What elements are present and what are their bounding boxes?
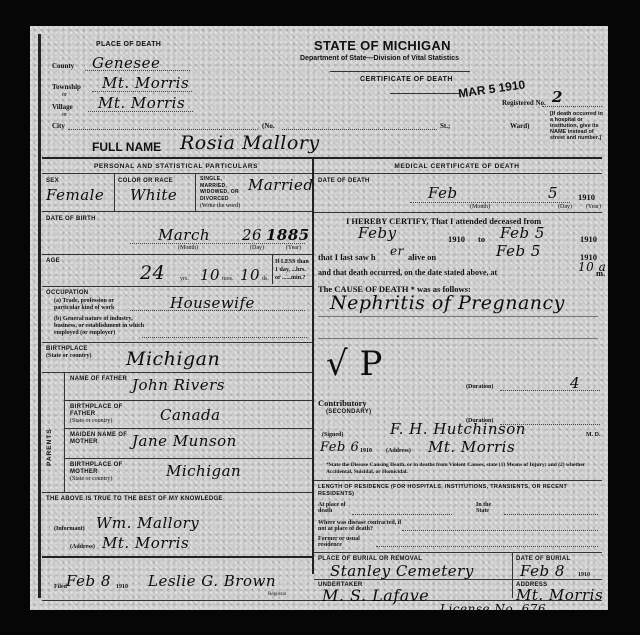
- marital-hint: (Write the word): [200, 203, 240, 209]
- birthplace-label: BIRTHPLACE: [46, 346, 88, 352]
- father-birthplace-value: Canada: [160, 406, 221, 424]
- occupation-a-label: (a) Trade, profession or particular kind…: [54, 298, 140, 312]
- signed-date: Feb 6: [320, 440, 359, 455]
- last-saw-date: Feb 5: [496, 242, 541, 260]
- marital-label: SINGLE, MARRIED, WIDOWED, OR DIVORCED: [200, 176, 246, 202]
- mother-name-value: Jane Munson: [132, 432, 237, 450]
- mother-birthplace-label: BIRTHPLACE OF MOTHER: [70, 462, 130, 476]
- city-label: City: [52, 122, 65, 130]
- date-of-death-label: DATE OF DEATH: [318, 178, 370, 184]
- race-label: COLOR OR RACE: [118, 178, 173, 184]
- burial-place: Stanley Cemetery: [330, 562, 474, 580]
- township-value: Mt. Morris: [102, 74, 189, 92]
- ward-label: Ward): [510, 122, 529, 130]
- full-name-label: FULL NAME: [92, 140, 161, 154]
- informant-address: Mt. Morris: [102, 534, 189, 552]
- place-of-death-label: PLACE OF DEATH: [96, 41, 161, 48]
- dob-label: DATE OF BIRTH: [46, 216, 96, 222]
- age-label: AGE: [46, 258, 60, 264]
- father-name-label: NAME OF FATHER: [70, 376, 130, 383]
- divider: [390, 93, 460, 94]
- dob-day: 26: [242, 226, 262, 244]
- parents-label: PARENTS: [46, 428, 53, 466]
- license-number: License No. 676: [440, 602, 546, 616]
- state-title: STATE OF MICHIGAN: [314, 38, 451, 53]
- full-name-value: Rosia Mallory: [180, 132, 320, 154]
- medical-section-head: MEDICAL CERTIFICATE OF DEATH: [316, 163, 598, 170]
- father-name-value: John Rivers: [132, 376, 225, 394]
- hospital-note: [If death occurred in a hospital or inst…: [550, 111, 605, 141]
- left-binding-bar: [38, 34, 41, 598]
- residence-label: LENGTH OF RESIDENCE (For Hospitals, Inst…: [318, 484, 598, 498]
- father-birthplace-label: BIRTHPLACE OF FATHER: [70, 404, 130, 418]
- cause-of-death: Nephritis of Pregnancy: [330, 292, 565, 314]
- township-label: Township: [52, 83, 81, 91]
- attended-from: Feby: [358, 224, 397, 242]
- marital-value: Married: [248, 176, 313, 194]
- race-value: White: [130, 186, 177, 204]
- mother-name-label: MAIDEN NAME OF MOTHER: [70, 432, 130, 446]
- attended-to: Feb 5: [500, 224, 545, 242]
- death-year: 1910: [578, 192, 595, 202]
- age-months: 10: [200, 266, 220, 284]
- last-saw-pronoun: er: [390, 244, 404, 258]
- age-years: 24: [140, 262, 165, 284]
- village-value: Mt. Morris: [98, 94, 185, 112]
- column-divider: [312, 157, 314, 574]
- dob-month: March: [158, 226, 210, 244]
- contributory-label: Contributory: [318, 398, 367, 408]
- filed-date: Feb 8: [66, 572, 111, 590]
- street-label: St.;: [440, 122, 450, 130]
- footnote: *State the Disease Causing Death, or in …: [326, 462, 600, 476]
- occupation-b-label: (b) General nature of industry, business…: [54, 316, 146, 337]
- personal-section-head: PERSONAL AND STATISTICAL PARTICULARS: [42, 163, 310, 170]
- physician-signature: F. H. Hutchinson: [390, 420, 526, 438]
- village-label: Village: [52, 103, 73, 111]
- no-label: (No.: [262, 122, 275, 130]
- county-label: County: [52, 62, 74, 70]
- mother-birthplace-value: Michigan: [166, 462, 241, 480]
- occupation-label: OCCUPATION: [46, 290, 88, 296]
- less-than-day: If LESS than 1 day, ...hrs. or ......min…: [275, 258, 311, 282]
- sex-label: SEX: [46, 178, 59, 184]
- divider: [330, 71, 470, 72]
- checkmark-annotation: √ P: [326, 344, 383, 384]
- death-certificate: PLACE OF DEATH STATE OF MICHIGAN Departm…: [30, 26, 608, 610]
- registered-number: 2: [552, 88, 563, 106]
- informant-statement: THE ABOVE IS TRUE TO THE BEST OF MY KNOW…: [46, 496, 223, 502]
- sex-value: Female: [46, 186, 104, 204]
- informant-value: Wm. Mallory: [96, 514, 199, 532]
- registered-label: Registered No.: [502, 99, 546, 107]
- death-day: 5: [548, 184, 558, 202]
- certificate-title: CERTIFICATE OF DEATH: [360, 76, 453, 83]
- physician-address: Mt. Morris: [428, 438, 515, 456]
- department-label: Department of State—Division of Vital St…: [300, 55, 459, 62]
- burial-date: Feb 8: [520, 562, 565, 580]
- registrar-signature: Leslie G. Brown: [148, 572, 276, 590]
- birthplace-value: Michigan: [126, 348, 220, 370]
- dob-year: 1885: [266, 226, 310, 244]
- undertaker-value: M. S. Lafave: [322, 586, 429, 605]
- received-stamp: MAR 5 1910: [457, 77, 526, 100]
- death-month: Feb: [428, 184, 458, 202]
- age-days: 10: [240, 266, 260, 284]
